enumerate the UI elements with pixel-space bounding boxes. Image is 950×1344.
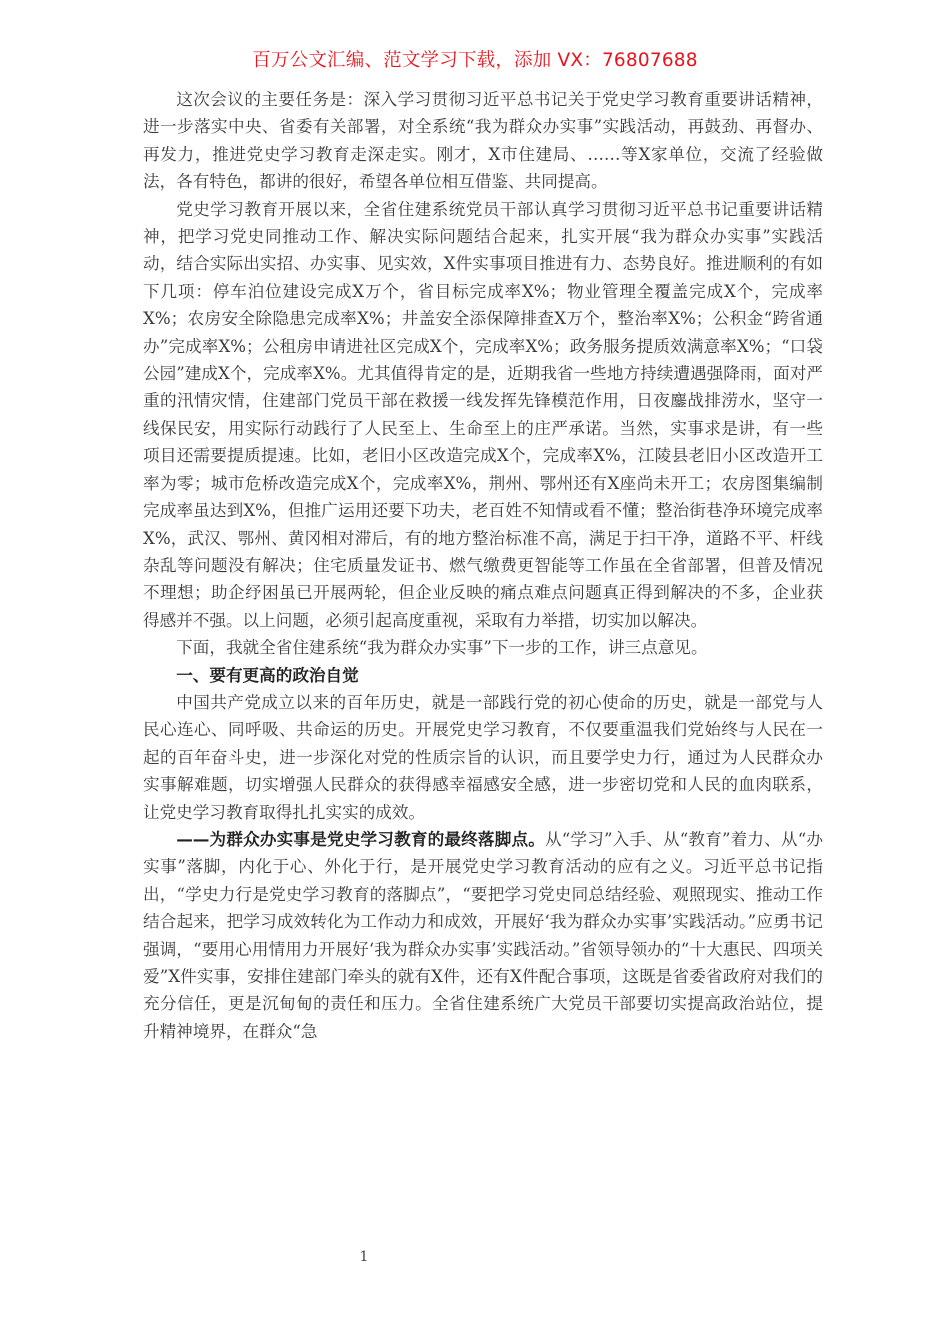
subpoint-text: 从“学习”入手、从“教育”着力、从“办实事”落脚，内化于心、外化于行，是开展党史… — [143, 830, 823, 1041]
page-number: 1 — [356, 1249, 372, 1265]
section-heading: 一、要有更高的政治自觉 — [143, 662, 823, 689]
download-banner: 百万公文汇编、范文学习下载，添加 VX：76807688 — [0, 46, 950, 72]
paragraph-intro: 这次会议的主要任务是：深入学习贯彻习近平总书记关于党史学习教育重要讲话精神，进一… — [143, 86, 823, 196]
paragraph-three-points: 下面，我就全省住建系统“我为群众办实事”下一步的工作，讲三点意见。 — [143, 634, 823, 661]
paragraph-party-history: 中国共产党成立以来的百年历史，就是一部践行党的初心使命的历史，就是一部党与人民心… — [143, 689, 823, 826]
paragraph-subpoint: ——为群众办实事是党史学习教育的最终落脚点。从“学习”入手、从“教育”着力、从“… — [143, 826, 823, 1045]
document-body: 这次会议的主要任务是：深入学习贯彻习近平总书记关于党史学习教育重要讲话精神，进一… — [143, 86, 823, 1045]
paragraph-progress: 党史学习教育开展以来，全省住建系统党员干部认真学习贯彻习近平总书记重要讲话精神，… — [143, 196, 823, 635]
subpoint-bold-lead: ——为群众办实事是党史学习教育的最终落脚点。 — [176, 830, 545, 849]
